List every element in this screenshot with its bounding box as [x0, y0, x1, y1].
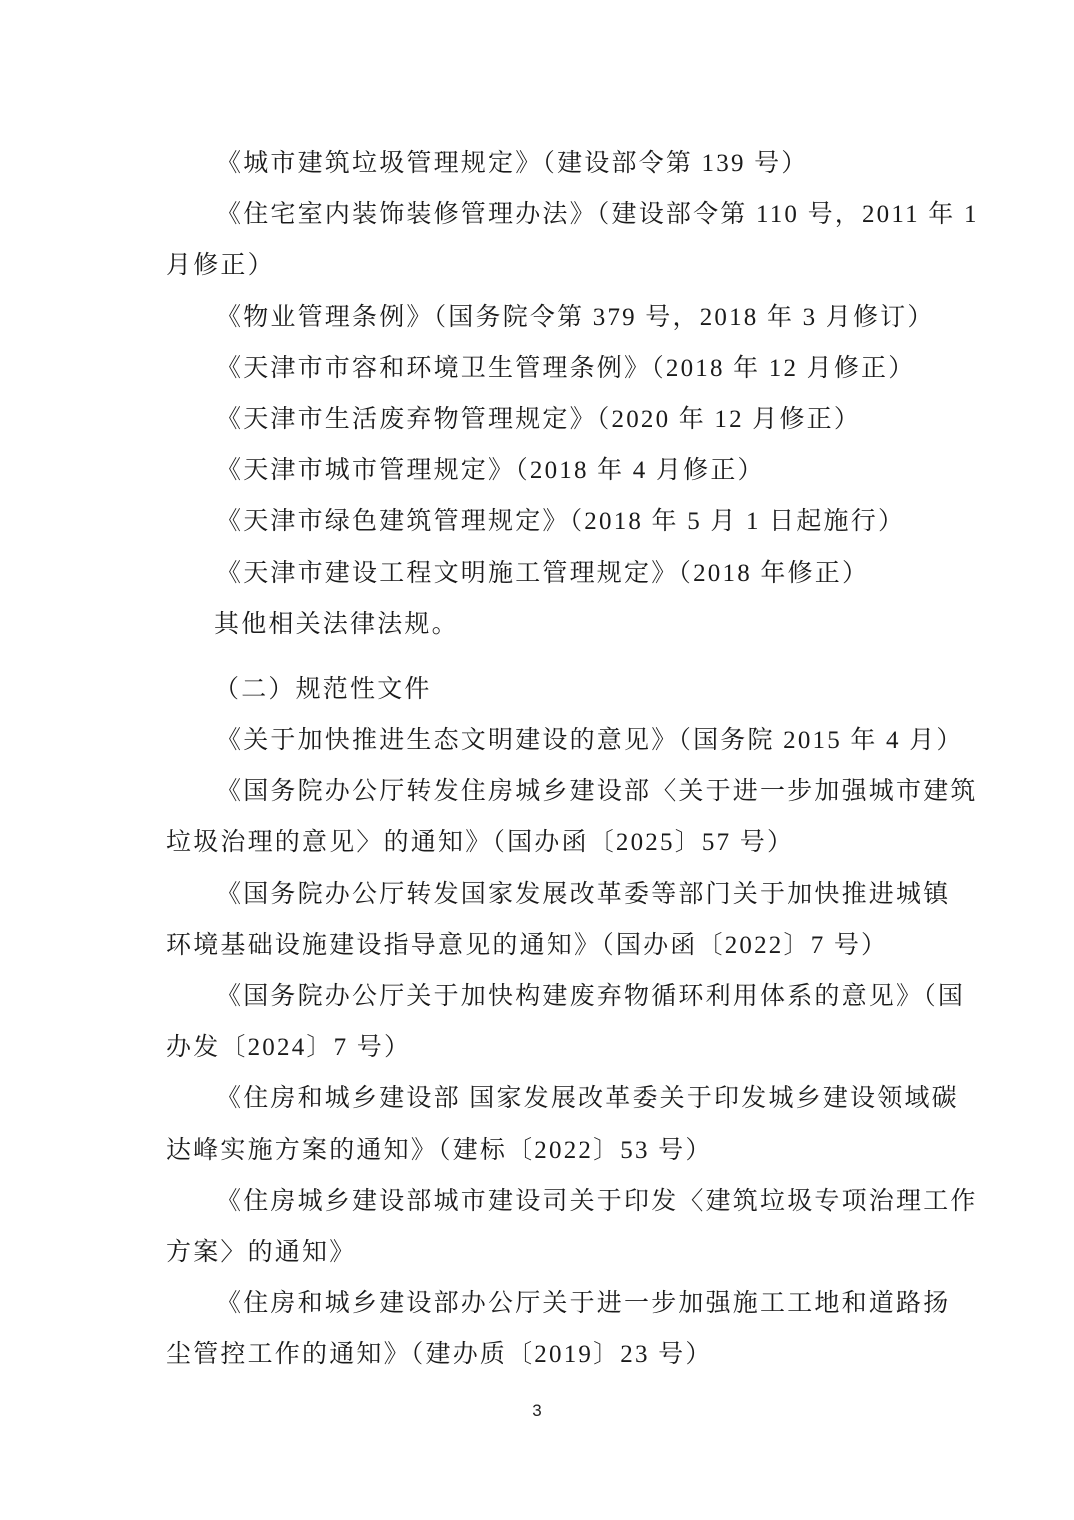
normative-document-item: 《国务院办公厅转发住房城乡建设部〈关于进一步加强城市建筑 垃圾治理的意见〉的通知… [166, 766, 916, 868]
spacer [166, 650, 916, 664]
document-title: 《住房和城乡建设部 国家发展改革委关于印发城乡建设领域碳 [166, 1073, 916, 1124]
law-item: 《天津市城市管理规定》（2018 年 4 月修正） [166, 445, 916, 496]
law-title: 《城市建筑垃圾管理规定》（建设部令第 139 号） [166, 138, 916, 189]
document-title-continued: 尘管控工作的通知》（建办质〔2019〕23 号） [166, 1329, 916, 1380]
normative-document-item: 《关于加快推进生态文明建设的意见》（国务院 2015 年 4 月） [166, 715, 916, 766]
law-item: 《天津市建设工程文明施工管理规定》（2018 年修正） [166, 548, 916, 599]
normative-document-item: 《国务院办公厅关于加快构建废弃物循环利用体系的意见》（国 办发〔2024〕7 号… [166, 971, 916, 1073]
document-title: 《住房和城乡建设部办公厅关于进一步加强施工工地和道路扬 [166, 1278, 916, 1329]
law-item: 《物业管理条例》（国务院令第 379 号，2018 年 3 月修订） [166, 292, 916, 343]
law-title: 《物业管理条例》（国务院令第 379 号，2018 年 3 月修订） [166, 292, 916, 343]
document-title-continued: 办发〔2024〕7 号） [166, 1022, 916, 1073]
section-heading: （二）规范性文件 [166, 664, 916, 715]
law-title: 《住宅室内装饰装修管理办法》（建设部令第 110 号，2011 年 1 [166, 189, 916, 240]
document-page: 《城市建筑垃圾管理规定》（建设部令第 139 号） 《住宅室内装饰装修管理办法》… [0, 0, 1074, 1520]
laws-closing-text: 其他相关法律法规。 [166, 599, 916, 650]
document-title-continued: 达峰实施方案的通知》（建标〔2022〕53 号） [166, 1125, 916, 1176]
document-title-continued: 环境基础设施建设指导意见的通知》（国办函〔2022〕7 号） [166, 920, 916, 971]
document-title-continued: 方案〉的通知》 [166, 1227, 916, 1278]
law-item: 《天津市绿色建筑管理规定》（2018 年 5 月 1 日起施行） [166, 496, 916, 547]
normative-document-item: 《住房和城乡建设部办公厅关于进一步加强施工工地和道路扬 尘管控工作的通知》（建办… [166, 1278, 916, 1380]
document-title: 《国务院办公厅转发住房城乡建设部〈关于进一步加强城市建筑 [166, 766, 916, 817]
law-item: 《住宅室内装饰装修管理办法》（建设部令第 110 号，2011 年 1 月修正） [166, 189, 916, 291]
normative-document-item: 《住房和城乡建设部 国家发展改革委关于印发城乡建设领域碳 达峰实施方案的通知》（… [166, 1073, 916, 1175]
law-title: 《天津市建设工程文明施工管理规定》（2018 年修正） [166, 548, 916, 599]
law-title: 《天津市市容和环境卫生管理条例》（2018 年 12 月修正） [166, 343, 916, 394]
law-item: 《天津市生活废弃物管理规定》（2020 年 12 月修正） [166, 394, 916, 445]
law-title: 《天津市绿色建筑管理规定》（2018 年 5 月 1 日起施行） [166, 496, 916, 547]
normative-document-item: 《国务院办公厅转发国家发展改革委等部门关于加快推进城镇 环境基础设施建设指导意见… [166, 869, 916, 971]
document-title: 《关于加快推进生态文明建设的意见》（国务院 2015 年 4 月） [166, 715, 916, 766]
document-title: 《国务院办公厅转发国家发展改革委等部门关于加快推进城镇 [166, 869, 916, 920]
document-body: 《城市建筑垃圾管理规定》（建设部令第 139 号） 《住宅室内装饰装修管理办法》… [166, 138, 916, 1381]
document-title-continued: 垃圾治理的意见〉的通知》（国办函〔2025〕57 号） [166, 817, 916, 868]
law-item: 《城市建筑垃圾管理规定》（建设部令第 139 号） [166, 138, 916, 189]
document-title: 《住房城乡建设部城市建设司关于印发〈建筑垃圾专项治理工作 [166, 1176, 916, 1227]
law-title: 《天津市城市管理规定》（2018 年 4 月修正） [166, 445, 916, 496]
law-title-continued: 月修正） [166, 240, 916, 291]
normative-document-item: 《住房城乡建设部城市建设司关于印发〈建筑垃圾专项治理工作 方案〉的通知》 [166, 1176, 916, 1278]
law-item: 《天津市市容和环境卫生管理条例》（2018 年 12 月修正） [166, 343, 916, 394]
law-title: 《天津市生活废弃物管理规定》（2020 年 12 月修正） [166, 394, 916, 445]
document-title: 《国务院办公厅关于加快构建废弃物循环利用体系的意见》（国 [166, 971, 916, 1022]
page-number: 3 [0, 1401, 1074, 1421]
